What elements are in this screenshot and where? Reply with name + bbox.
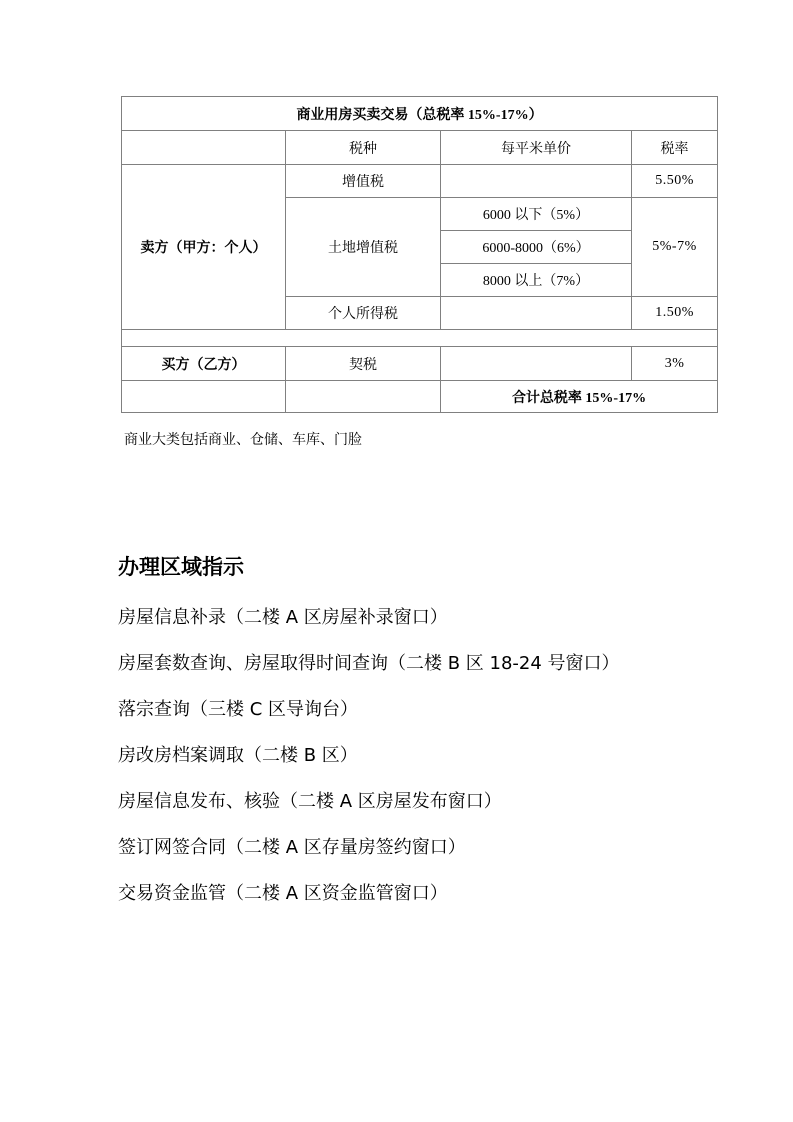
land-vat-name-cell: 土地增值税 [286,198,441,297]
area-guide-section: 办理区域指示 房屋信息补录（二楼 A 区房屋补录窗口） 房屋套数查询、房屋取得时… [118,553,698,928]
total-rate-cell: 合计总税率 15%-17% [441,381,718,413]
header-tax-type: 税种 [286,131,441,165]
total-empty-cell-1 [122,381,286,413]
table-title-row: 商业用房买卖交易（总税率 15%-17%） [122,97,718,131]
spacer-cell [122,330,718,347]
income-tax-rate-cell: 1.50% [632,297,718,330]
income-tax-price-cell [441,297,632,330]
buyer-label-cell: 买方（乙方） [122,347,286,381]
total-row: 合计总税率 15%-17% [122,381,718,413]
vat-price-cell [441,165,632,198]
deed-tax-rate-cell: 3% [632,347,718,381]
area-guide-heading: 办理区域指示 [118,553,698,581]
table-header-row: 税种 每平米单价 税率 [122,131,718,165]
income-tax-name-cell: 个人所得税 [286,297,441,330]
land-vat-tier3-cell: 8000 以上（7%） [441,264,632,297]
area-guide-item-info-publish-verify: 房屋信息发布、核验（二楼 A 区房屋发布窗口） [118,790,698,814]
table-title: 商业用房买卖交易（总税率 15%-17%） [122,97,718,131]
area-guide-item-archive-retrieval: 房改房档案调取（二楼 B 区） [118,744,698,768]
land-vat-tier1-cell: 6000 以下（5%） [441,198,632,231]
header-rate: 税率 [632,131,718,165]
header-unit-price: 每平米单价 [441,131,632,165]
spacer-row [122,330,718,347]
area-guide-item-luozong-query: 落宗查询（三楼 C 区导询台） [118,698,698,722]
area-guide-item-fund-supervision: 交易资金监管（二楼 A 区资金监管窗口） [118,882,698,906]
deed-tax-name-cell: 契税 [286,347,441,381]
vat-rate-cell: 5.50% [632,165,718,198]
vat-row: 卖方（甲方：个人） 增值税 5.50% [122,165,718,198]
deed-tax-price-cell [441,347,632,381]
commercial-housing-tax-table: 商业用房买卖交易（总税率 15%-17%） 税种 每平米单价 税率 卖方（甲方：… [121,96,718,413]
header-empty-cell [122,131,286,165]
document-page: 商业用房买卖交易（总税率 15%-17%） 税种 每平米单价 税率 卖方（甲方：… [0,0,793,1122]
area-guide-item-house-info-supplement: 房屋信息补录（二楼 A 区房屋补录窗口） [118,606,698,630]
total-empty-cell-2 [286,381,441,413]
deed-tax-row: 买方（乙方） 契税 3% [122,347,718,381]
area-guide-item-house-count-query: 房屋套数查询、房屋取得时间查询（二楼 B 区 18-24 号窗口） [118,652,698,676]
seller-label-cell: 卖方（甲方：个人） [122,165,286,330]
land-vat-tier2-cell: 6000-8000（6%） [441,231,632,264]
land-vat-rate-cell: 5%-7% [632,198,718,297]
vat-name-cell: 增值税 [286,165,441,198]
area-guide-item-online-contract: 签订网签合同（二楼 A 区存量房签约窗口） [118,836,698,860]
table-footnote: 商业大类包括商业、仓储、车库、门脸 [124,429,362,449]
